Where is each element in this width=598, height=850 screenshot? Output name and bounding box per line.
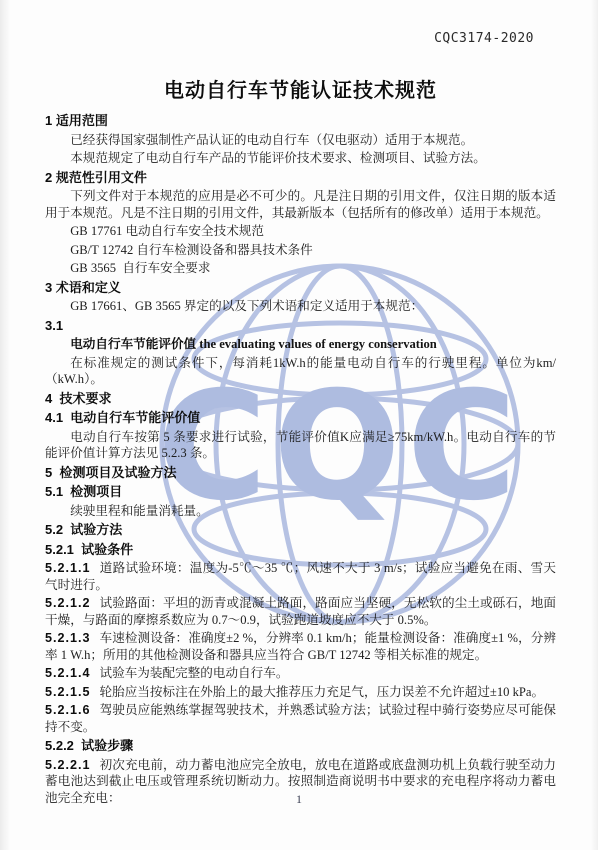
term-zh: 电动自行车节能评价值 bbox=[70, 337, 196, 351]
numbered-clause: 5.2.1.4试验车为装配完整的电动自行车。 bbox=[45, 665, 556, 682]
clause-text: 道路试验环境：温度为-5℃～35 ℃；风速不大于 3 m/s；试验应当避免在雨、… bbox=[45, 561, 556, 592]
numbered-clause: 5.2.1.2试验路面：平坦的沥青或混凝土路面，路面应当坚硬，无松软的尘土或砾石… bbox=[45, 595, 556, 628]
term-definition-line: 电动自行车节能评价值 the evaluating values of ener… bbox=[45, 336, 556, 353]
clause-number: 5.2.2.1 bbox=[45, 758, 91, 772]
clause-text: 试验车为装配完整的电动自行车。 bbox=[100, 666, 289, 680]
section-heading: 5 检测项目及试验方法 bbox=[45, 465, 556, 482]
paragraph: 下列文件对于本规范的应用是必不可少的。凡是注日期的引用文件，仅注日期的版本适用于… bbox=[45, 188, 556, 221]
paragraph: GB 17661、GB 3565 界定的以及下列术语和定义适用于本规范： bbox=[45, 298, 556, 315]
section-heading: 4.1 电动自行车节能评价值 bbox=[45, 410, 556, 427]
section-heading: 3.1 bbox=[45, 318, 556, 335]
paragraph: 已经获得国家强制性产品认证的电动自行车（仅电驱动）适用于本规范。 bbox=[45, 132, 556, 149]
section-heading: 2 规范性引用文件 bbox=[45, 170, 556, 187]
paragraph: 续驶里程和能量消耗量。 bbox=[45, 503, 556, 520]
section-heading: 5.2.1 试验条件 bbox=[45, 542, 556, 559]
clause-text: 驾驶员应能熟练掌握驾驶技术，并熟悉试验方法；试验过程中骑行姿势应尽可能保持不变。 bbox=[45, 703, 556, 734]
clause-number: 5.2.1.2 bbox=[45, 596, 91, 610]
numbered-clause: 5.2.1.1道路试验环境：温度为-5℃～35 ℃；风速不大于 3 m/s；试验… bbox=[45, 560, 556, 593]
section-heading: 1 适用范围 bbox=[45, 113, 556, 130]
document-content: 电动自行车节能认证技术规范 1 适用范围 已经获得国家强制性产品认证的电动自行车… bbox=[0, 0, 598, 806]
document-title: 电动自行车节能认证技术规范 bbox=[45, 78, 556, 104]
section-heading: 5.2 试验方法 bbox=[45, 522, 556, 539]
paragraph: 本规范规定了电动自行车产品的节能评价技术要求、检测项目、试验方法。 bbox=[45, 150, 556, 167]
paragraph: 电动自行车按第 5 条要求进行试验，节能评价值K应满足≥75km/kW.h。电动… bbox=[45, 429, 556, 462]
reference-item: GB 17761 电动自行车安全技术规范 bbox=[45, 223, 556, 240]
clause-number: 5.2.1.1 bbox=[45, 561, 91, 575]
clause-text: 试验路面：平坦的沥青或混凝土路面，路面应当坚硬，无松软的尘土或砾石，地面干燥，与… bbox=[45, 596, 556, 627]
document-page: CQC CQC3174-2020 电动自行车节能认证技术规范 1 适用范围 已经… bbox=[0, 0, 598, 850]
section-heading: 3 术语和定义 bbox=[45, 280, 556, 297]
section-heading: 4 技术要求 bbox=[45, 391, 556, 408]
section-heading: 5.2.2 试验步骤 bbox=[45, 738, 556, 755]
paragraph: 在标准规定的测试条件下，每消耗1kW.h的能量电动自行车的行驶里程。单位为km/… bbox=[45, 355, 556, 388]
clause-text: 轮胎应当按标注在外胎上的最大推荐压力充足气，压力误差不允许超过±10 kPa。 bbox=[100, 685, 545, 699]
numbered-clause: 5.2.1.3车速检测设备：准确度±2 %，分辨率 0.1 km/h；能量检测设… bbox=[45, 630, 556, 663]
clause-text: 车速检测设备：准确度±2 %，分辨率 0.1 km/h；能量检测设备：准确度±1… bbox=[45, 631, 556, 662]
clause-number: 5.2.1.6 bbox=[45, 703, 91, 717]
reference-item: GB 3565 自行车安全要求 bbox=[45, 260, 556, 277]
numbered-clause: 5.2.1.6驾驶员应能熟练掌握驾驶技术，并熟悉试验方法；试验过程中骑行姿势应尽… bbox=[45, 702, 556, 735]
clause-number: 5.2.1.4 bbox=[45, 666, 91, 680]
numbered-clause: 5.2.1.5轮胎应当按标注在外胎上的最大推荐压力充足气，压力误差不允许超过±1… bbox=[45, 684, 556, 701]
section-heading: 5.1 检测项目 bbox=[45, 484, 556, 501]
clause-number: 5.2.1.3 bbox=[45, 631, 91, 645]
document-code: CQC3174-2020 bbox=[434, 31, 534, 46]
clause-number: 5.2.1.5 bbox=[45, 685, 91, 699]
page-number: 1 bbox=[0, 792, 598, 807]
term-en: the evaluating values of energy conserva… bbox=[199, 337, 437, 351]
reference-item: GB/T 12742 自行车检测设备和器具技术条件 bbox=[45, 242, 556, 259]
